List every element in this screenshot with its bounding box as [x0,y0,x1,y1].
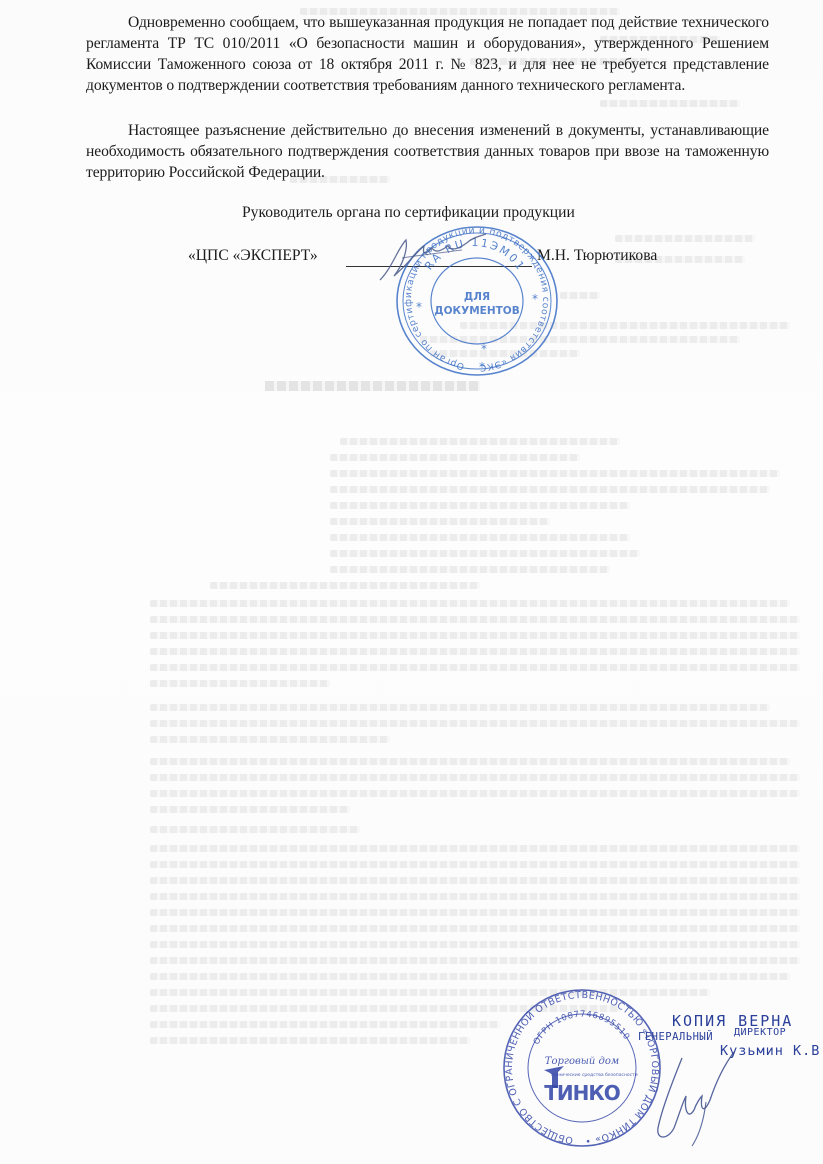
svg-text:*: * [479,360,485,374]
signature-director-cps [372,228,492,288]
paragraph-2-text: Настоящее разъяснение действительно до в… [86,120,769,183]
svg-text:*: * [481,342,487,356]
paragraph-1-text: Одновременно сообщаем, что вышеуказанная… [86,12,769,96]
svg-text:Торговый дом: Торговый дом [545,1056,619,1067]
svg-text:*: * [532,292,538,306]
paragraph-1: Одновременно сообщаем, что вышеуказанная… [86,12,769,96]
svg-text:ОГРН 1087746895510: ОГРН 1087746895510 [532,1010,632,1047]
position-general: ГЕНЕРАЛЬНЫЙ [638,1031,713,1043]
svg-text:ДЛЯ: ДЛЯ [464,291,490,303]
paragraph-2: Настоящее разъяснение действительно до в… [86,120,769,183]
svg-text:технические средства безопасно: технические средства безопасности [550,1072,637,1078]
company-stamp: ОБЩЕСТВО С ОГРАНИЧЕННОЙ ОТВЕТСТВЕННОСТЬЮ… [502,988,662,1148]
signatory-title: Руководитель органа по сертификации прод… [242,204,575,222]
signature-general-director [648,1048,738,1148]
organization-name: «ЦПС «ЭКСПЕРТ» [188,247,318,265]
svg-text:*: * [416,300,422,314]
svg-text:ДОКУМЕНТОВ: ДОКУМЕНТОВ [434,305,519,317]
position-director: ДИРЕКТОР [734,1027,786,1038]
document-page: Одновременно сообщаем, что вышеуказанная… [0,0,823,1164]
